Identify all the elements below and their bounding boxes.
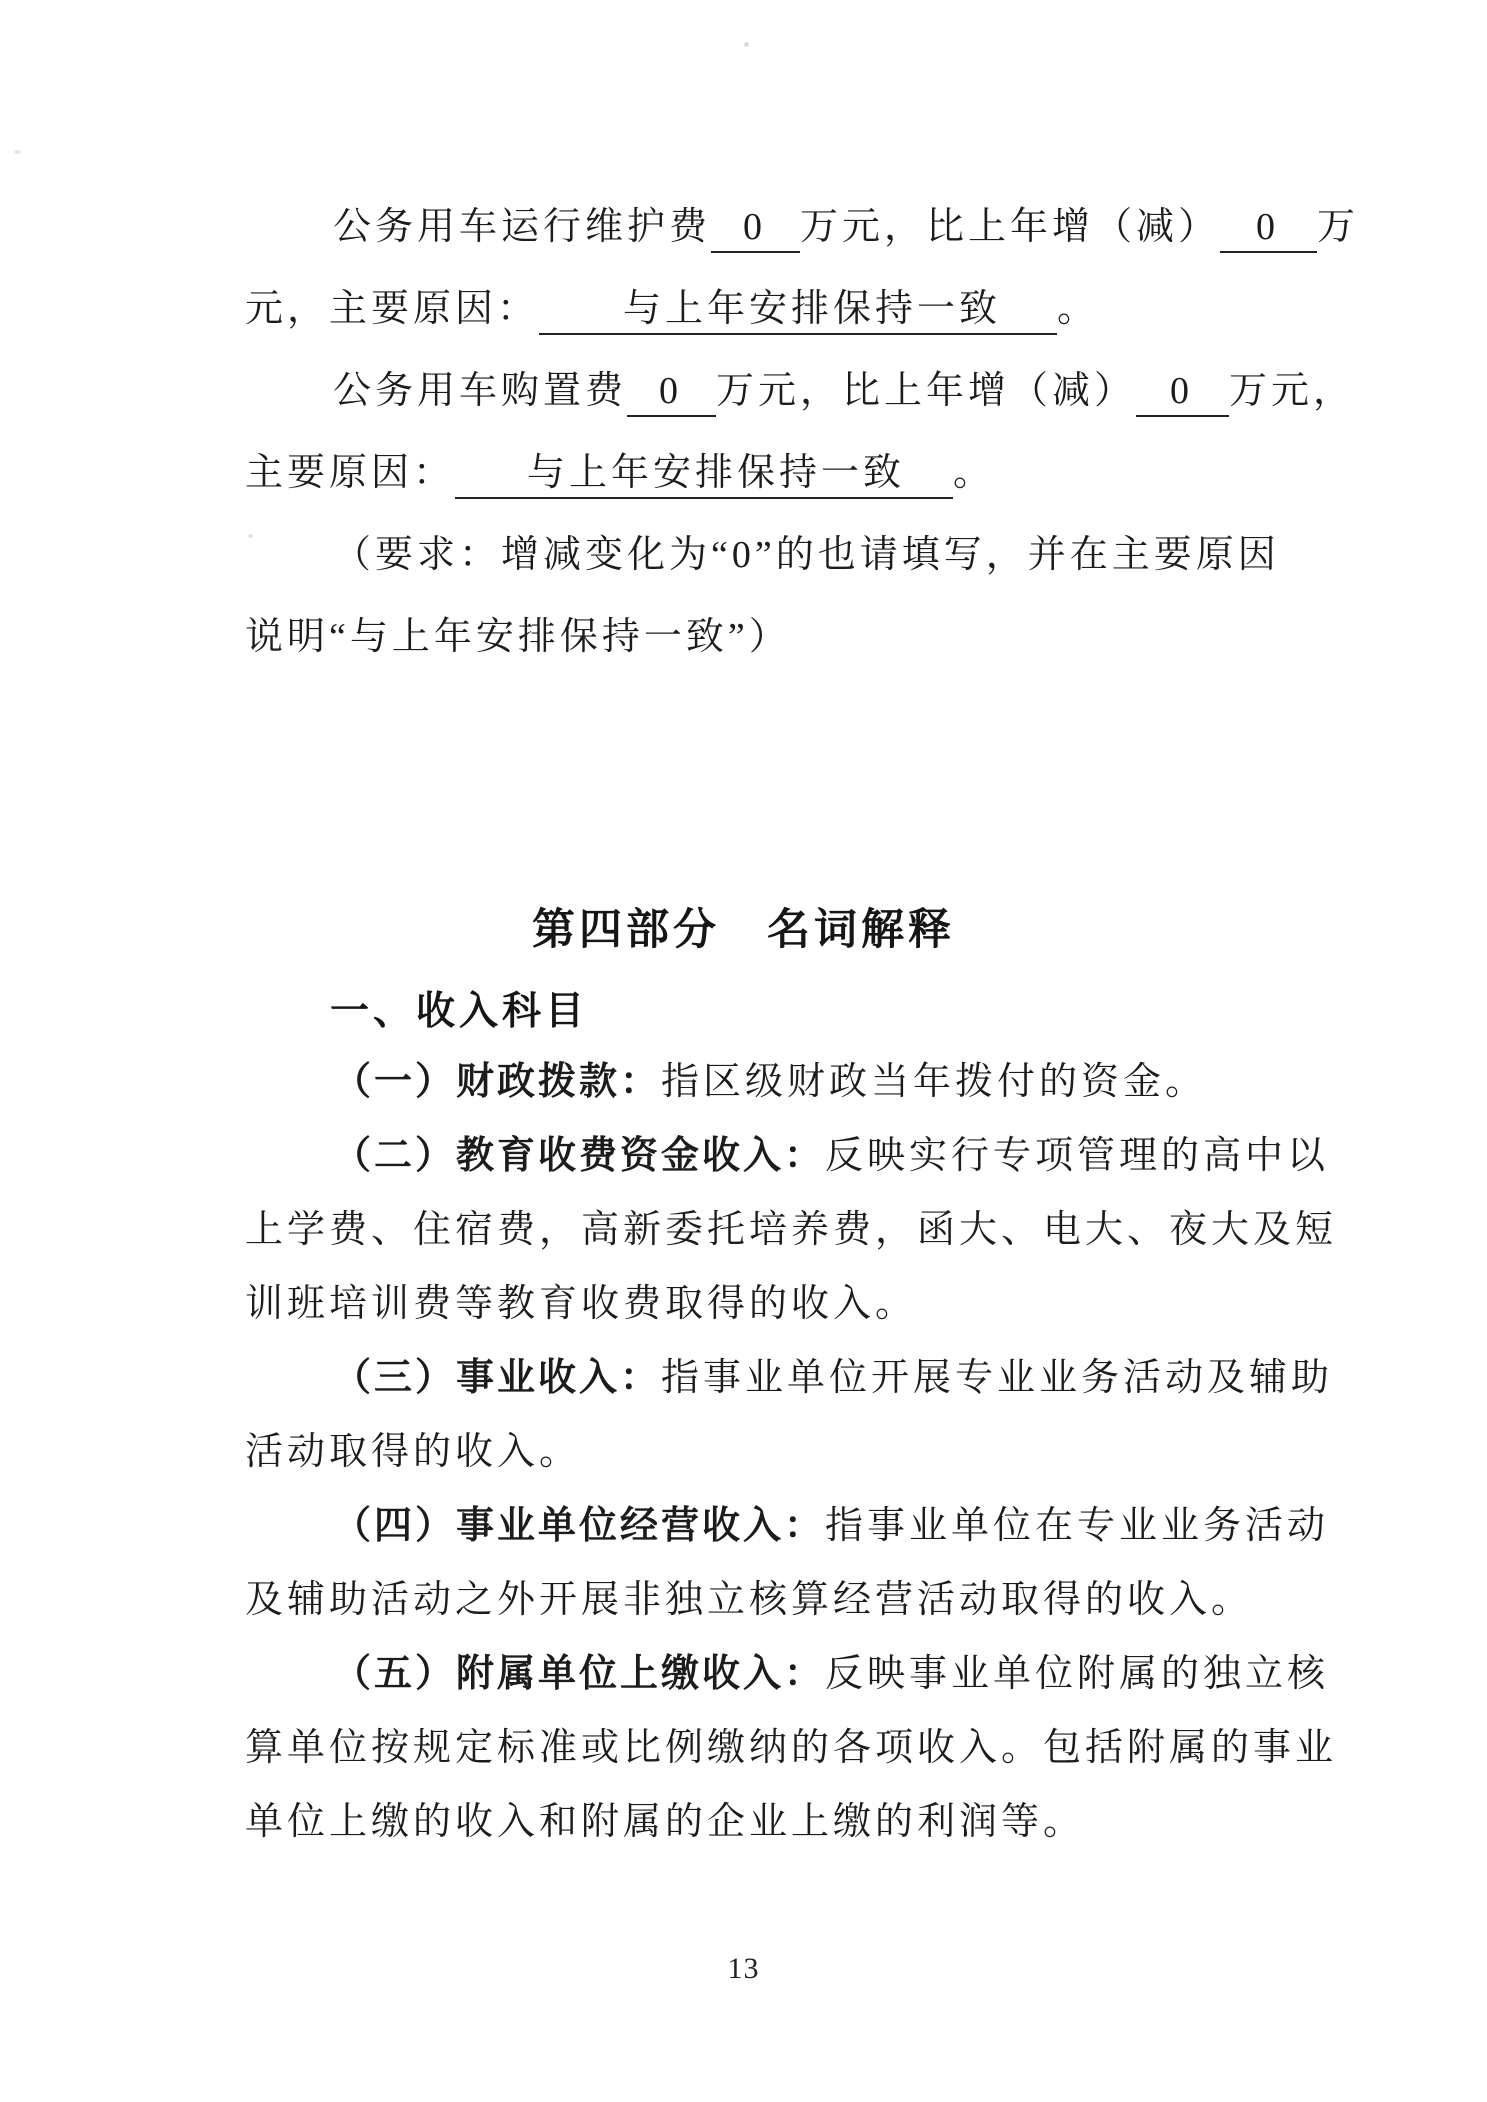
text-segment: 指区级财政当年拨付的资金。 xyxy=(661,1061,1207,1103)
text-segment: 指事业单位在专业业务活动 xyxy=(825,1505,1329,1547)
term-label: （四）事业单位经营收入： xyxy=(333,1505,825,1547)
text-segment: 万元，比上年增（减） xyxy=(800,206,1220,248)
text-segment: 上学费、住宿费，高新委托培养费，函大、电大、夜大及短 xyxy=(245,1209,1337,1251)
text-line: 说明“与上年安排保持一致”） xyxy=(245,596,1335,678)
text-line: 公务用车运行维护费0万元，比上年增（减）0万 xyxy=(245,186,1335,268)
text-segment: 及辅助活动之外开展非独立核算经营活动取得的收入。 xyxy=(245,1579,1253,1621)
text-segment: 指事业单位开展专业业务活动及辅助 xyxy=(661,1357,1333,1399)
text-line: 活动取得的收入。 xyxy=(245,1415,1335,1489)
text-segment: 算单位按规定标准或比例缴纳的各项收入。包括附属的事业 xyxy=(245,1727,1337,1769)
text-line: 单位上缴的收入和附属的企业上缴的利润等。 xyxy=(245,1785,1335,1859)
glossary-heading-income: 一、收入科目 xyxy=(330,980,588,1036)
blank-underline-field: 0 xyxy=(1220,205,1317,253)
text-segment: 。 xyxy=(1057,288,1099,330)
section-title: 第四部分 名词解释 xyxy=(0,896,1487,957)
text-line: 上学费、住宿费，高新委托培养费，函大、电大、夜大及短 xyxy=(245,1193,1335,1267)
text-line: （四）事业单位经营收入：指事业单位在专业业务活动 xyxy=(245,1489,1335,1563)
glossary-body: （一）财政拨款：指区级财政当年拨付的资金。（二）教育收费资金收入：反映实行专项管… xyxy=(245,1045,1335,1859)
blank-underline-field: 与上年安排保持一致 xyxy=(455,451,953,499)
scan-artifact xyxy=(744,42,749,47)
text-segment: 万元，比上年增（减） xyxy=(716,370,1136,412)
document-page: 公务用车运行维护费0万元，比上年增（减）0万元，主要原因：与上年安排保持一致。公… xyxy=(0,0,1487,2102)
text-segment: 说明“与上年安排保持一致”） xyxy=(245,616,791,658)
term-label: （三）事业收入： xyxy=(333,1357,661,1399)
text-segment: 万 xyxy=(1317,206,1359,248)
blank-underline-field: 与上年安排保持一致 xyxy=(539,287,1057,335)
text-line: （三）事业收入：指事业单位开展专业业务活动及辅助 xyxy=(245,1341,1335,1415)
text-segment: 主要原因： xyxy=(245,452,455,494)
blank-underline-field: 0 xyxy=(1136,369,1229,417)
text-line: 主要原因：与上年安排保持一致。 xyxy=(245,432,1335,514)
scan-artifact xyxy=(14,150,21,154)
text-line: 公务用车购置费0万元，比上年增（减）0万元， xyxy=(245,350,1335,432)
text-line: 训班培训费等教育收费取得的收入。 xyxy=(245,1267,1335,1341)
text-segment: 。 xyxy=(953,452,995,494)
text-segment: 公务用车运行维护费 xyxy=(333,206,711,248)
text-segment: 公务用车购置费 xyxy=(333,370,627,412)
vehicle-budget-section: 公务用车运行维护费0万元，比上年增（减）0万元，主要原因：与上年安排保持一致。公… xyxy=(245,186,1335,678)
term-label: （五）附属单位上缴收入： xyxy=(333,1653,825,1695)
term-label: （二）教育收费资金收入： xyxy=(333,1135,825,1177)
text-line: （一）财政拨款：指区级财政当年拨付的资金。 xyxy=(245,1045,1335,1119)
page-number: 13 xyxy=(0,1952,1487,1986)
text-line: 元，主要原因：与上年安排保持一致。 xyxy=(245,268,1335,350)
text-segment: 元，主要原因： xyxy=(245,288,539,330)
text-segment: 反映事业单位附属的独立核 xyxy=(825,1653,1329,1695)
text-line: 及辅助活动之外开展非独立核算经营活动取得的收入。 xyxy=(245,1563,1335,1637)
text-segment: 单位上缴的收入和附属的企业上缴的利润等。 xyxy=(245,1801,1085,1843)
text-segment: （要求：增减变化为“0”的也请填写，并在主要原因 xyxy=(333,534,1280,576)
text-line: 算单位按规定标准或比例缴纳的各项收入。包括附属的事业 xyxy=(245,1711,1335,1785)
text-segment: 活动取得的收入。 xyxy=(245,1431,581,1473)
text-segment: 万元， xyxy=(1229,370,1355,412)
text-line: （五）附属单位上缴收入：反映事业单位附属的独立核 xyxy=(245,1637,1335,1711)
text-line: （二）教育收费资金收入：反映实行专项管理的高中以 xyxy=(245,1119,1335,1193)
blank-underline-field: 0 xyxy=(711,205,800,253)
text-line: （要求：增减变化为“0”的也请填写，并在主要原因 xyxy=(245,514,1335,596)
term-label: （一）财政拨款： xyxy=(333,1061,661,1103)
text-segment: 训班培训费等教育收费取得的收入。 xyxy=(245,1283,917,1325)
blank-underline-field: 0 xyxy=(627,369,716,417)
text-segment: 反映实行专项管理的高中以 xyxy=(825,1135,1329,1177)
